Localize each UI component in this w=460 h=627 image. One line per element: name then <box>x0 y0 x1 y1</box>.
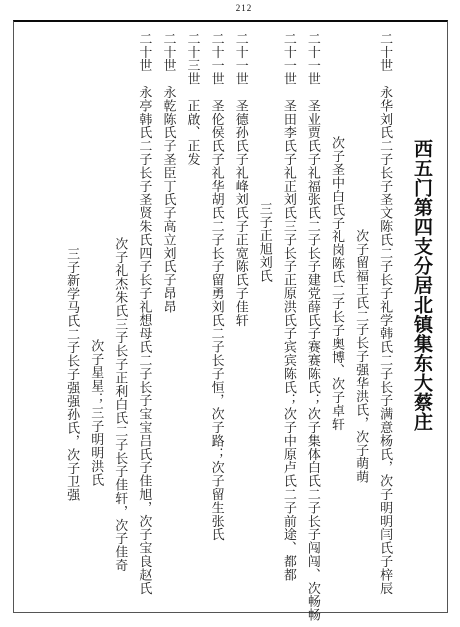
genealogy-column-2: 次子留福王氏二子长子强华洪氏，次子萌萌 <box>354 32 369 605</box>
section-title: 西五门第四支分居北镇集东大蔡庄 <box>410 32 432 605</box>
genealogy-column-3: 次子圣中白氏子礼岗陈氏二子长子奥博、次子卓轩 <box>330 32 345 605</box>
page-number: 212 <box>14 3 460 13</box>
genealogy-column-8: 二十一世 圣伦侯氏子礼华胡氏二子长子留勇刘氏二子长子恒，次子路；次子留生张氏 <box>210 32 225 605</box>
genealogy-column-4: 二十一世 圣业贾氏子礼福张氏二子长子建党薛氏子赛赛陈氏；次子集体白氏二子长子闯闯… <box>306 32 321 605</box>
genealogy-column-5: 二十一世 圣田李氏子礼正刘氏三子长子正原洪氏子宾宾陈氏；次子中原卢氏二子前途、都… <box>282 32 297 605</box>
book-page: 212 西五门第四支分居北镇集东大蔡庄 二十世 永华刘氏二子长子圣文陈氏二子长子… <box>0 0 460 627</box>
genealogy-column-14: 三子新学马氏二子长子强强孙氏，次子卫强 <box>65 32 80 605</box>
genealogy-column-10: 二十世 永乾陈氏子圣臣丁氏子高立刘氏子昂昂 <box>161 32 176 605</box>
genealogy-column-1: 二十世 永华刘氏二子长子圣文陈氏二子长子礼学韩氏二子长子满意杨氏，次子明明闫氏子… <box>378 32 393 605</box>
genealogy-column-9: 二十三世 正啟、正发 <box>185 32 200 605</box>
vertical-text-area: 西五门第四支分居北镇集东大蔡庄 二十世 永华刘氏二子长子圣文陈氏二子长子礼学韩氏… <box>13 20 448 613</box>
genealogy-column-11: 二十世 永亭韩氏二子长子圣贤朱氏四子长子礼想母氏二子长子宝宝吕氏子佳旭，次子宝良… <box>137 32 152 605</box>
genealogy-column-13: 次子星星；三子明明洪氏 <box>89 32 104 605</box>
genealogy-column-7: 二十一世 圣德孙氏子礼峰刘氏子正宽陈氏子佳轩 <box>234 32 249 605</box>
genealogy-column-12: 次子礼杰朱氏三子长子正利白氏二子长子佳轩，次子佳奇 <box>113 32 128 605</box>
genealogy-column-6: 三子正旭刘氏 <box>258 32 273 605</box>
